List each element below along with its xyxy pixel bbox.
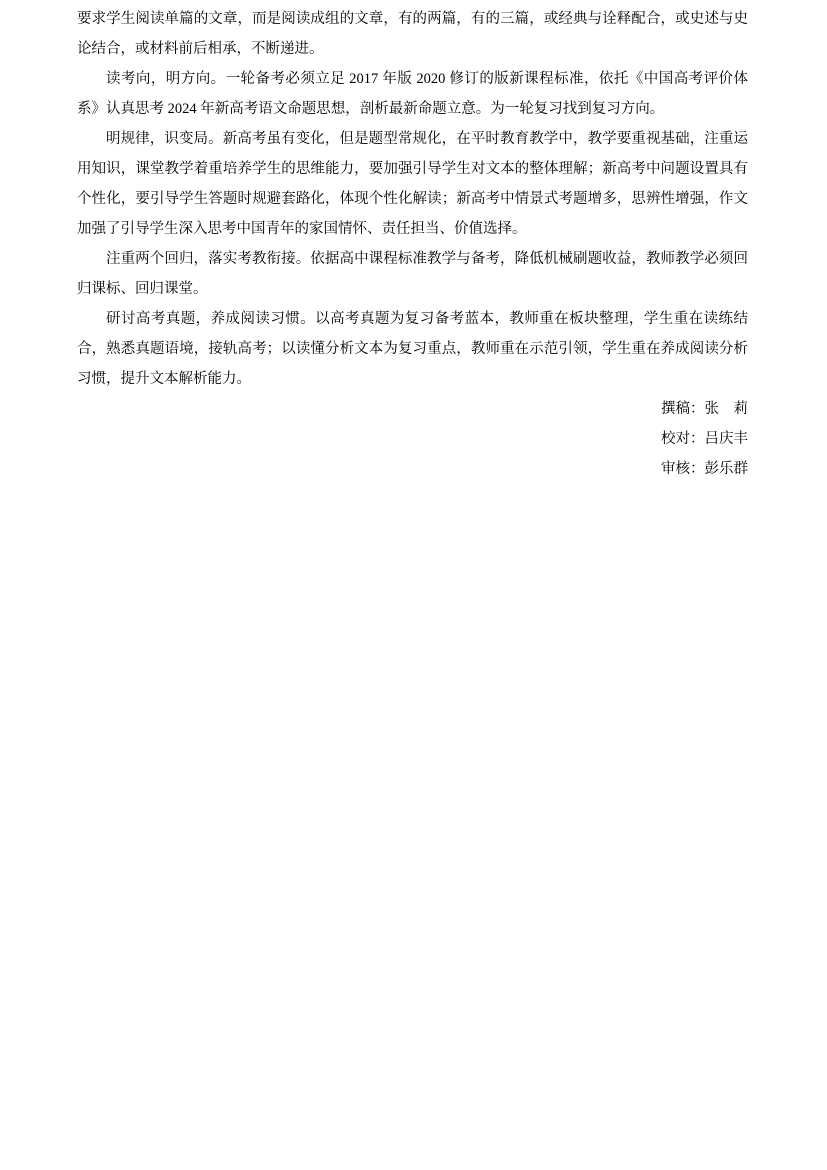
paragraph-rules-and-changes: 明规律，识变局。新高考虽有变化，但是题型常规化，在平时教育教学中，教学要重视基础… [77, 124, 748, 244]
paragraph-continuation: 要求学生阅读单篇的文章，而是阅读成组的文章，有的两篇，有的三篇，或经典与诠释配合… [77, 4, 748, 64]
paragraph-two-returns: 注重两个回归，落实考教衔接。依据高中课程标准教学与备考，降低机械刷题收益，教师教… [77, 244, 748, 304]
paragraph-exam-direction: 读考向，明方向。一轮备考必须立足 2017 年版 2020 修订的版新课程标准，… [77, 64, 748, 124]
proofreader-line: 校对：吕庆丰 [77, 424, 748, 454]
signature-block: 撰稿：张 莉 校对：吕庆丰 审核：彭乐群 [77, 394, 748, 484]
paragraph-real-exam-questions: 研讨高考真题，养成阅读习惯。以高考真题为复习备考蓝本，教师重在板块整理，学生重在… [77, 304, 748, 394]
author-line: 撰稿：张 莉 [77, 394, 748, 424]
reviewer-line: 审核：彭乐群 [77, 454, 748, 484]
document-page: 要求学生阅读单篇的文章，而是阅读成组的文章，有的两篇，有的三篇，或经典与诠释配合… [0, 0, 827, 1170]
